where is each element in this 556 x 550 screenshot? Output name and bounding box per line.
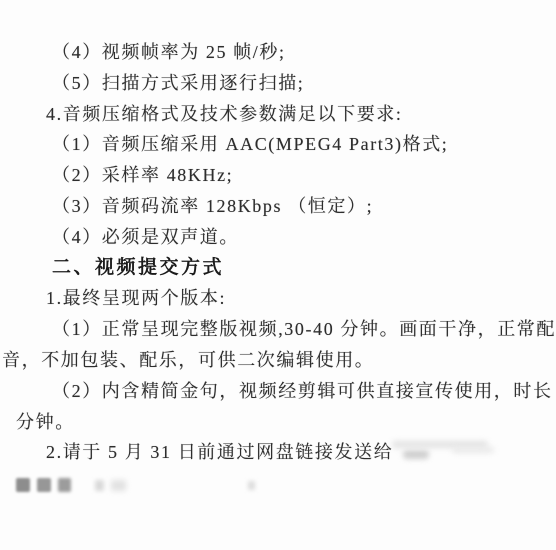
- doc-line-redacted: [0, 468, 556, 499]
- section-heading-submission: 二、视频提交方式: [52, 253, 556, 284]
- doc-line-deadline-text: 2.请于 5 月 31 日前通过网盘链接发送给: [46, 442, 393, 462]
- document-body: （4）视频帧率为 25 帧/秒; （5）扫描方式采用逐行扫描; 4.音频压缩格式…: [0, 37, 556, 499]
- doc-line-two-versions: 1.最终呈现两个版本:: [46, 283, 556, 314]
- scanned-document-page: （4）视频帧率为 25 帧/秒; （5）扫描方式采用逐行扫描; 4.音频压缩格式…: [0, 0, 556, 550]
- doc-line-audio-requirements-intro: 4.音频压缩格式及技术参数满足以下要求:: [46, 99, 556, 130]
- doc-line-audio-bitrate: （3）音频码流率 128Kbps （恒定）;: [52, 191, 556, 222]
- redacted-streak-smudge: [452, 447, 494, 453]
- redacted-character-smudge: [58, 478, 71, 492]
- redacted-faint-smudge: [95, 480, 104, 491]
- doc-line-audio-compression: （1）音频压缩采用 AAC(MPEG4 Part3)格式;: [52, 129, 556, 160]
- redacted-smudge-inline: [403, 450, 429, 459]
- redacted-faint-smudge: [111, 480, 126, 491]
- redacted-character-smudge: [16, 478, 30, 492]
- redacted-faint-smudge: [248, 481, 255, 490]
- doc-line-short-version-1: （2）内含精简金句，视频经剪辑可供直接宣传使用，时长 3: [52, 376, 556, 407]
- doc-line-short-version-2: 分钟。: [16, 407, 556, 438]
- doc-line-stereo: （4）必须是双声道。: [52, 222, 556, 253]
- doc-line-scan-mode: （5）扫描方式采用逐行扫描;: [52, 68, 556, 99]
- doc-line-video-framerate: （4）视频帧率为 25 帧/秒;: [52, 37, 556, 68]
- doc-line-full-version-1: （1）正常呈现完整版视频,30-40 分钟。画面干净，正常配: [52, 314, 556, 345]
- redacted-character-smudge: [37, 478, 51, 492]
- doc-line-sample-rate: （2）采样率 48KHz;: [52, 160, 556, 191]
- doc-line-full-version-2: 音，不加包装、配乐，可供二次编辑使用。: [2, 345, 556, 376]
